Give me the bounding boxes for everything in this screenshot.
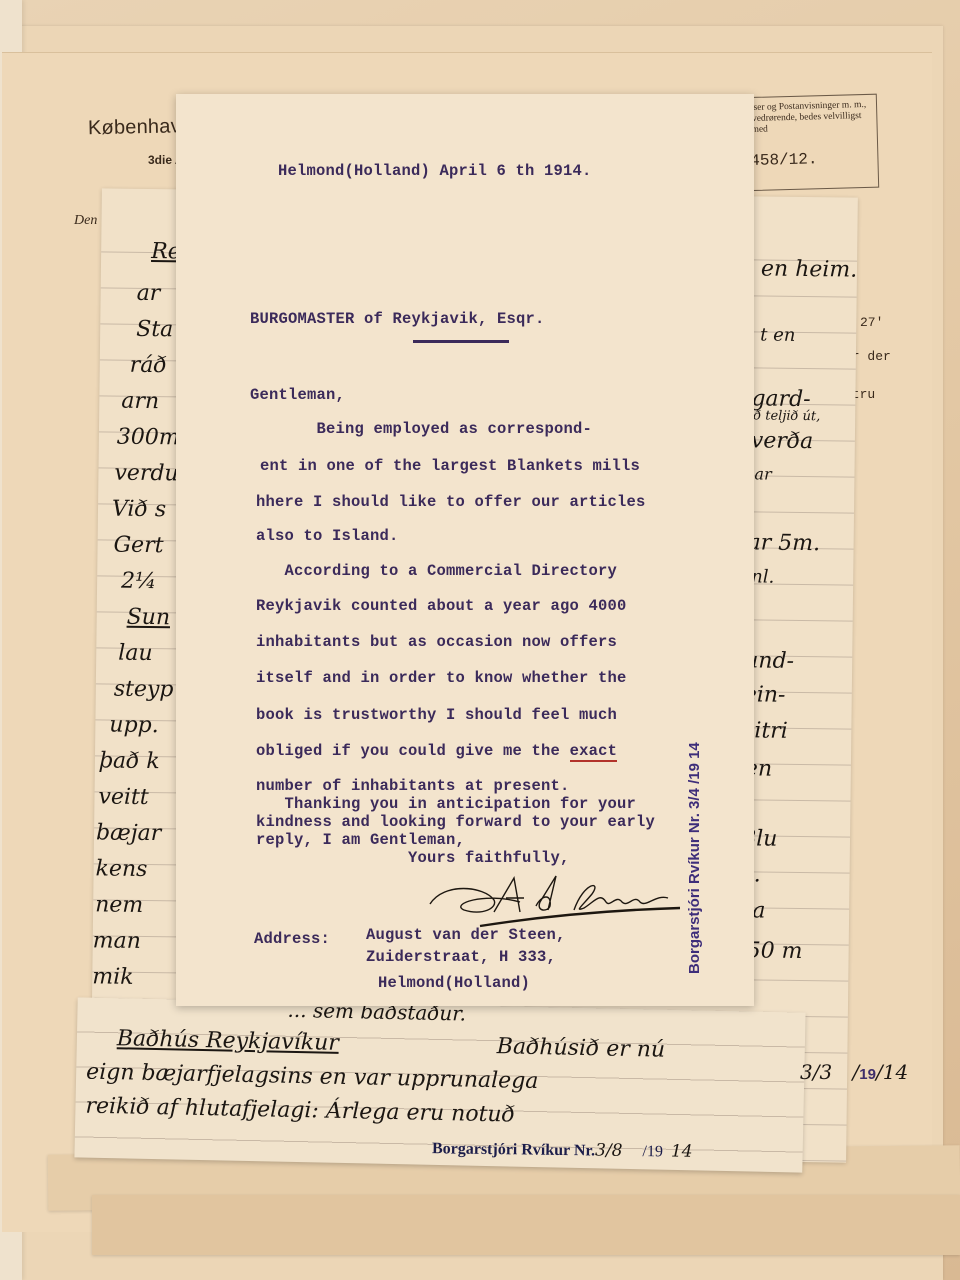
- stamp-number: 3/8: [595, 1140, 623, 1160]
- emphasis-exact: exact: [570, 742, 618, 762]
- handwritten-fragment: Sun: [127, 605, 171, 631]
- handwritten-fragment: verða: [751, 428, 814, 454]
- handwritten-fragment: kens: [95, 856, 147, 882]
- handwritten-line: reikið af hlutafjelagi: Árlega eru notuð: [85, 1094, 515, 1128]
- registry-stamp: Borgarstjóri Rvíkur Nr.3/8 /19 14: [432, 1138, 693, 1162]
- handwritten-fragment: man: [93, 928, 141, 954]
- addressee-underline: [413, 340, 509, 343]
- closing-line: kindness and looking forward to your ear…: [256, 813, 655, 831]
- handwritten-line: Baðhúsið er nú: [497, 1034, 666, 1063]
- address-line: Zuiderstraat, H 333,: [366, 948, 556, 966]
- side-date-year-prefix: 19: [859, 1066, 876, 1083]
- handwritten-line: eign bæjarfjelagsins en var upprunalega: [86, 1060, 539, 1094]
- handwritten-fragment: verdu: [114, 461, 179, 487]
- stamp-printed: Borgarstjóri Rvíkur Nr.: [432, 1140, 595, 1159]
- body-line: ent in one of the largest Blankets mills: [260, 457, 640, 475]
- handwritten-fragment: nem: [95, 892, 143, 918]
- body-line-text: obliged if you could give me the: [256, 742, 570, 760]
- lower-sheet: [92, 1195, 960, 1255]
- body-line: Reykjavik counted about a year ago 4000: [256, 597, 627, 615]
- side-date-stamp: 3/3 /19/14: [800, 1060, 908, 1084]
- handwritten-fragment: nl.: [751, 566, 774, 587]
- letter-salutation: Gentleman,: [250, 386, 345, 404]
- handwritten-fragment: upp.: [109, 713, 159, 739]
- handwritten-fragment: það k: [99, 748, 160, 774]
- vertical-stamp-text: Borgarstjóri Rvíkur Nr. 3/4 /19 14: [686, 654, 703, 974]
- body-line: inhabitants but as occasion now offers: [256, 633, 617, 651]
- handwritten-fragment: ið teljið út,: [749, 408, 820, 424]
- handwritten-line: Baðhús Reykjavíkur: [117, 1026, 339, 1056]
- handwritten-fragment: 2¼: [121, 569, 157, 594]
- letter-dateline: Helmond(Holland) April 6 th 1914.: [278, 162, 592, 180]
- body-line: also to Island.: [256, 527, 399, 545]
- letter-addressee: BURGOMASTER of Reykjavik, Esqr.: [250, 310, 545, 328]
- handwritten-fragment: ar: [754, 464, 771, 483]
- handwritten-fragment: Gert: [113, 533, 163, 559]
- address-line: August van der Steen,: [366, 926, 566, 944]
- body-line: Being employed as correspond-: [250, 420, 592, 438]
- body-line: hhere I should like to offer our article…: [256, 493, 646, 511]
- handwritten-fragment: ráð: [130, 353, 167, 378]
- handwritten-fragment: Við s: [112, 497, 166, 523]
- handwritten-fragment: mik: [92, 964, 134, 990]
- stamp-year-suffix: 14: [671, 1142, 693, 1162]
- body-line: itself and in order to know whether the: [256, 669, 627, 687]
- bathhouse-title: Baðhús Reykjavíkur: [117, 1026, 339, 1056]
- handwritten-fragment: arn: [121, 389, 159, 414]
- signature: [424, 872, 684, 928]
- handwritten-fragment: 300m: [117, 425, 180, 451]
- body-line: According to a Commercial Directory: [256, 562, 617, 580]
- side-date-daymonth: 3/3: [800, 1060, 832, 1084]
- vertical-registry-stamp: Borgarstjóri Rvíkur Nr. 3/4 /19 14: [686, 654, 726, 974]
- handwritten-fragment: lau: [118, 641, 153, 666]
- handwritten-fragment: ar: [136, 281, 160, 306]
- body-line: number of inhabitants at present.: [256, 777, 570, 795]
- right-fragment: 27': [860, 315, 883, 330]
- handwritten-fragment: steyp: [114, 677, 174, 703]
- body-line: obliged if you could give me the exact: [256, 742, 617, 760]
- handwritten-fragment: veitt: [98, 784, 148, 810]
- closing-line: reply, I am Gentleman,: [256, 831, 465, 849]
- den-label: Den: [74, 213, 97, 229]
- closing-line: Thanking you in anticipation for your: [256, 795, 636, 813]
- closing-line: Yours faithfully,: [256, 849, 570, 867]
- body-line: book is trustworthy I should feel much: [256, 706, 617, 724]
- handwritten-fragment: en heim.: [761, 256, 858, 282]
- handwritten-fragment: t en: [760, 324, 795, 345]
- stamp-year-prefix: /19: [642, 1143, 663, 1160]
- handwritten-fragment: bæjar: [96, 820, 162, 846]
- handwritten-fragment: Sta: [136, 317, 173, 342]
- address-city: Helmond(Holland): [378, 974, 530, 992]
- address-label: Address:: [254, 930, 330, 948]
- side-date-year-suffix: 14: [883, 1060, 908, 1084]
- typed-letter: Helmond(Holland) April 6 th 1914. BURGOM…: [176, 94, 754, 1006]
- handwritten-fragment: ar 5m.: [747, 530, 820, 556]
